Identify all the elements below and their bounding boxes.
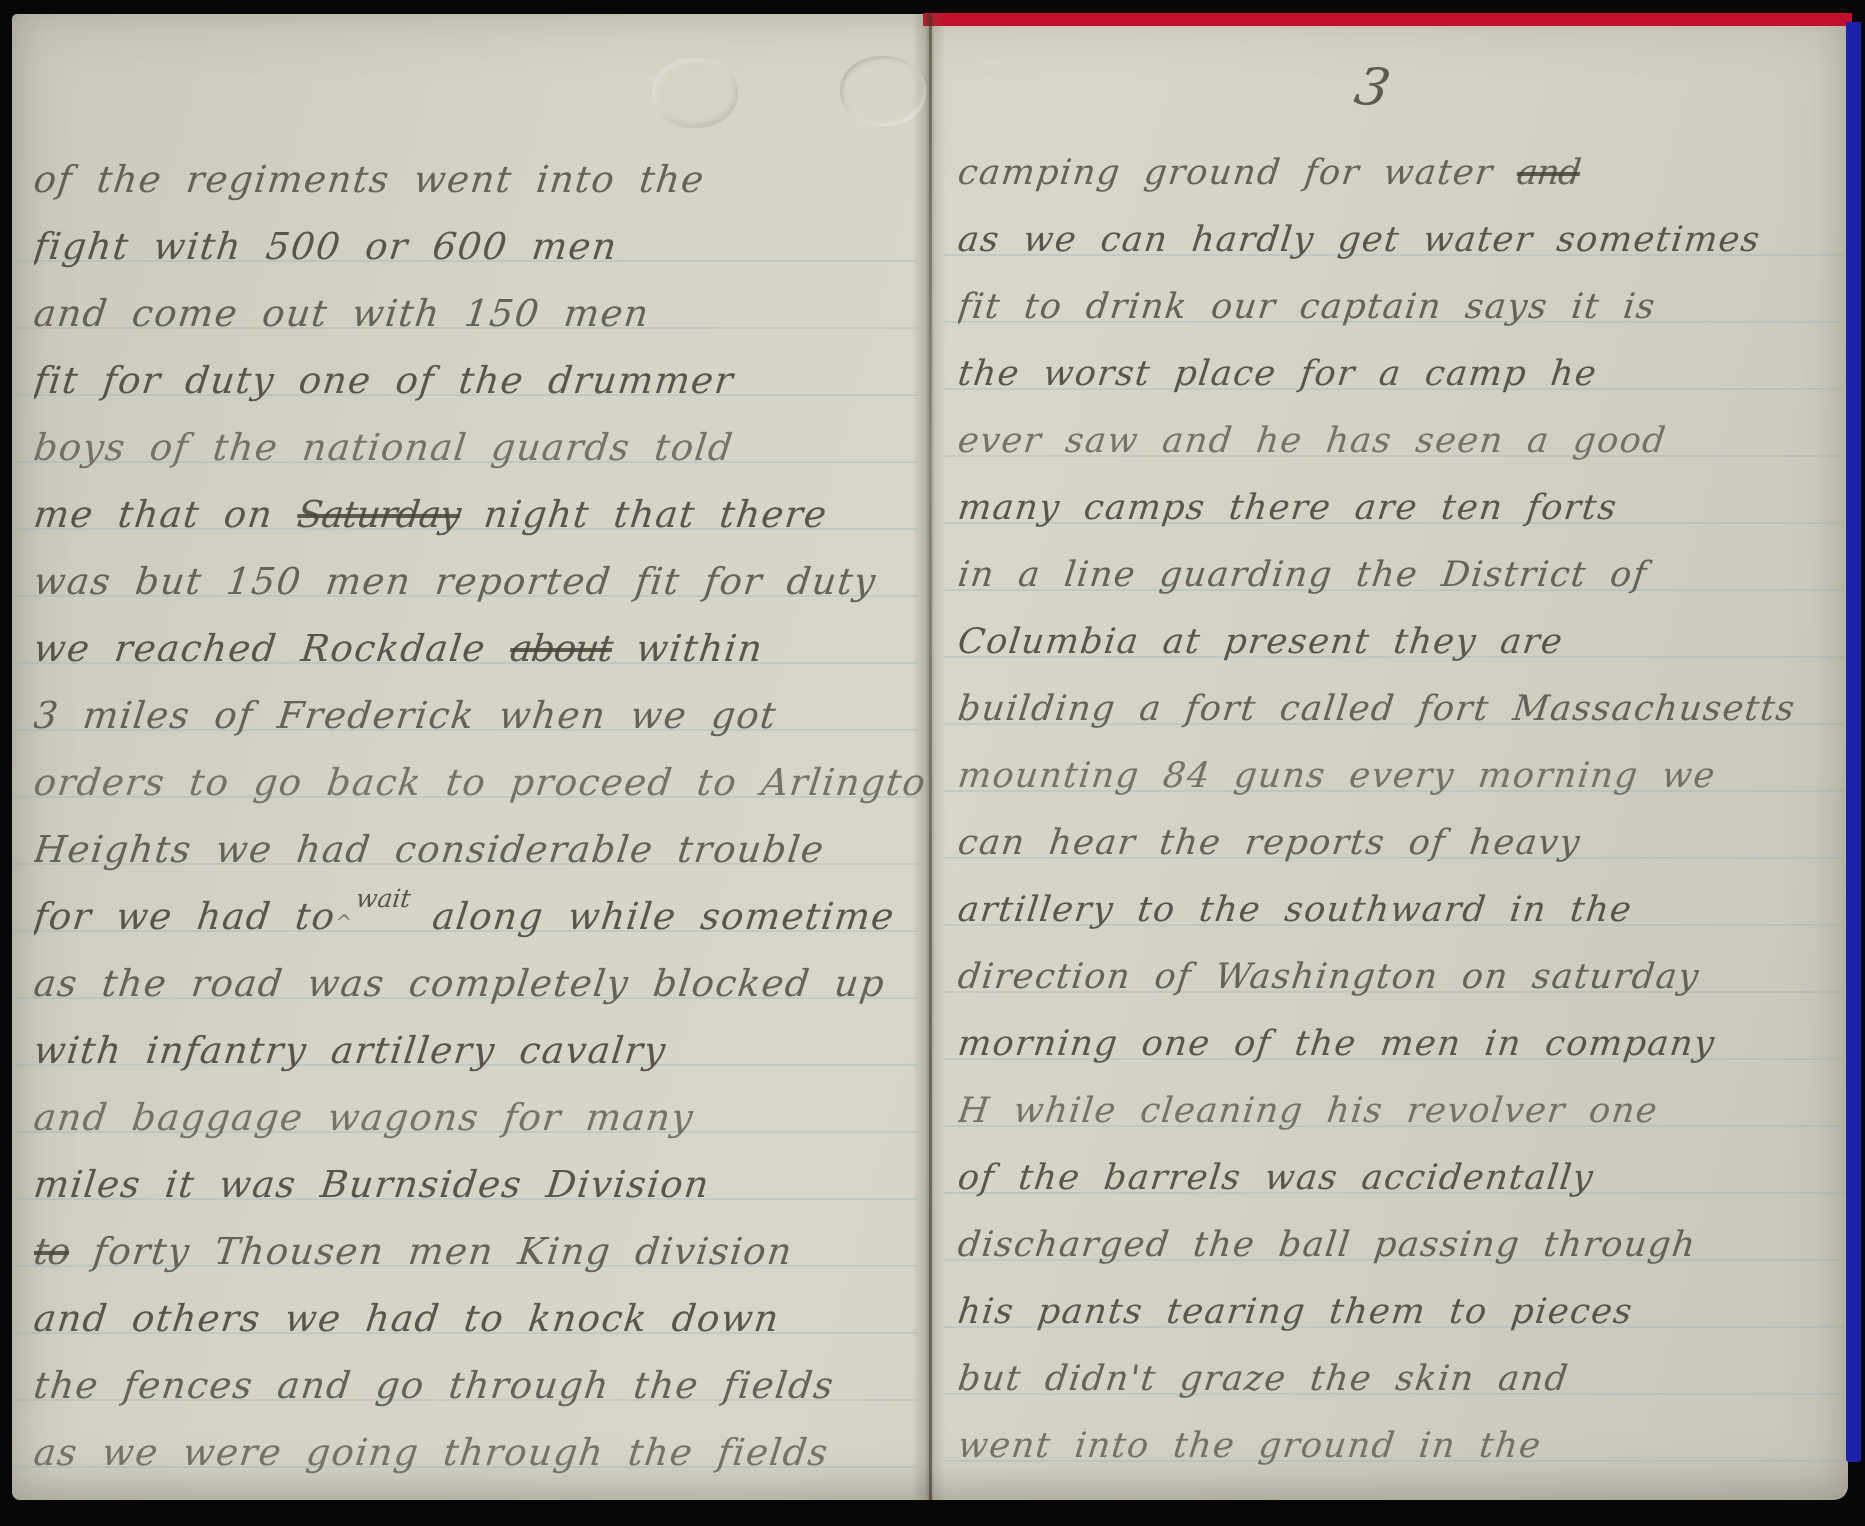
handwritten-text: Columbia at present they are — [958, 622, 1566, 662]
handwritten-line: fight with 500 or 600 men — [34, 213, 926, 280]
handwritten-text: the fences and go through the fields — [34, 1364, 837, 1407]
struck-word: Saturday — [295, 493, 463, 536]
handwritten-text: direction of Washington on saturday — [958, 957, 1702, 997]
handwritten-text: orders to go back to proceed to Arlingto… — [34, 761, 926, 804]
handwritten-text: morning one of the men in company — [958, 1024, 1718, 1064]
page-fold-crease — [929, 14, 932, 1500]
handwritten-line: Heights we had considerable trouble — [34, 816, 926, 883]
handwritten-text: boys of the national guards told — [34, 426, 736, 469]
handwritten-line: as we were going through the fields — [34, 1419, 926, 1486]
handwritten-text: me that on — [34, 493, 300, 536]
handwritten-text: can hear the reports of heavy — [958, 823, 1583, 863]
handwritten-line: with infantry artillery cavalry — [34, 1017, 926, 1084]
handwritten-line: the worst place for a camp he — [958, 341, 1854, 408]
embossed-seal-icon — [652, 58, 738, 128]
inserted-word: wait — [352, 865, 415, 932]
handwritten-text: of the barrels was accidentally — [958, 1158, 1596, 1198]
handwritten-line: in a line guarding the District of — [958, 542, 1854, 609]
handwritten-line: direction of Washington on saturday — [958, 944, 1854, 1011]
handwritten-line: fit for duty one of the drummer — [34, 347, 926, 414]
handwritten-line: camping ground for water and — [958, 140, 1854, 207]
handwritten-text: camping ground for water — [958, 153, 1520, 193]
right-page-text: camping ground for water andas we can ha… — [958, 140, 1854, 1496]
handwritten-text: for we had to — [34, 895, 338, 938]
handwritten-text: the worst place for a camp he — [958, 354, 1600, 394]
handwritten-line: his pants tearing them to pieces — [958, 1279, 1854, 1346]
handwritten-line: mounting 84 guns every morning we — [958, 743, 1854, 810]
handwritten-line: and others we had to knock down — [34, 1285, 926, 1352]
handwritten-text: as we can hardly get water sometimes — [958, 220, 1763, 260]
red-top-edge — [923, 13, 1852, 26]
handwritten-text: forty Thousen men King division — [67, 1230, 796, 1273]
handwritten-text: many camps there are ten forts — [958, 488, 1620, 528]
handwritten-text: went into the ground in the — [958, 1426, 1544, 1466]
handwritten-line: as the road was completely blocked up — [34, 950, 926, 1017]
handwritten-text: night that there — [457, 493, 830, 536]
handwritten-text: and come out with 150 men — [34, 292, 652, 335]
handwritten-line: went into the ground in the — [958, 1413, 1854, 1480]
handwritten-line: artillery to the southward in the — [958, 877, 1854, 944]
handwritten-text: Heights we had considerable trouble — [34, 828, 827, 871]
handwritten-text: building a fort called fort Massachusett… — [958, 689, 1798, 729]
handwritten-text: mounting 84 guns every morning we — [958, 756, 1718, 796]
handwritten-line: me that on Saturday night that there — [34, 481, 926, 548]
handwritten-text: along while sometime — [406, 895, 898, 938]
handwritten-text: and others we had to knock down — [34, 1297, 782, 1340]
handwritten-text: discharged the ball passing through — [958, 1225, 1699, 1265]
handwritten-line: 3 miles of Frederick when we got — [34, 682, 926, 749]
handwritten-text: and baggage wagons for many — [34, 1096, 697, 1139]
handwritten-line: morning one of the men in company — [958, 1011, 1854, 1078]
handwritten-text: 3 miles of Frederick when we got — [34, 694, 779, 737]
handwritten-line: as we can hardly get water sometimes — [958, 207, 1854, 274]
handwritten-text: but didn't graze the skin and — [958, 1359, 1571, 1399]
handwritten-text: as the road was completely blocked up — [34, 962, 888, 1005]
handwritten-line: the fences and go through the fields — [34, 1352, 926, 1419]
handwritten-text: with infantry artillery cavalry — [34, 1029, 669, 1072]
handwritten-line: of the barrels was accidentally — [958, 1145, 1854, 1212]
handwritten-text: fit to drink our captain says it is — [958, 287, 1658, 327]
handwritten-line: H while cleaning his revolver one — [958, 1078, 1854, 1145]
handwritten-text: in a line guarding the District of — [958, 555, 1650, 595]
handwritten-line: can hear the reports of heavy — [958, 810, 1854, 877]
handwritten-line: but didn't graze the skin and — [958, 1346, 1854, 1413]
scanned-letter: 3 of the regiments went into thefight wi… — [0, 0, 1865, 1526]
handwritten-line: to forty Thousen men King division — [34, 1218, 926, 1285]
left-page-text: of the regiments went into thefight with… — [34, 146, 926, 1496]
handwritten-line: and come out with 150 men — [34, 280, 926, 347]
handwritten-text: artillery to the southward in the — [958, 890, 1635, 930]
handwritten-line: boys of the national guards told — [34, 414, 926, 481]
handwritten-text: fight with 500 or 600 men — [34, 225, 620, 268]
handwritten-line: building a fort called fort Massachusett… — [958, 676, 1854, 743]
handwritten-text: we reached Rockdale — [34, 627, 513, 670]
handwritten-text: his pants tearing them to pieces — [958, 1292, 1635, 1332]
handwritten-line: for we had to^wait along while sometime — [34, 883, 926, 950]
handwritten-line: discharged the ball passing through — [958, 1212, 1854, 1279]
handwritten-line: of the regiments went into the — [34, 146, 926, 213]
handwritten-line: ever saw and he has seen a good — [958, 408, 1854, 475]
struck-word: about — [508, 627, 615, 670]
handwritten-line: many camps there are ten forts — [958, 475, 1854, 542]
handwritten-text: was but 150 men reported fit for duty — [34, 560, 879, 603]
handwritten-line: Columbia at present they are — [958, 609, 1854, 676]
handwritten-line: miles it was Burnsides Division — [34, 1151, 926, 1218]
handwritten-line: orders to go back to proceed to Arlingto… — [34, 749, 926, 816]
handwritten-text: as we were going through the fields — [34, 1431, 831, 1474]
handwritten-text: miles it was Burnsides Division — [34, 1163, 712, 1206]
handwritten-text: H while cleaning his revolver one — [958, 1091, 1661, 1131]
handwritten-text: within — [609, 627, 765, 670]
handwritten-text: fit for duty one of the drummer — [34, 359, 737, 402]
handwritten-line: was but 150 men reported fit for duty — [34, 548, 926, 615]
handwritten-line: and baggage wagons for many — [34, 1084, 926, 1151]
handwritten-line: fit to drink our captain says it is — [958, 274, 1854, 341]
handwritten-text: ever saw and he has seen a good — [958, 421, 1669, 461]
handwritten-line: we reached Rockdale about within — [34, 615, 926, 682]
struck-word: and — [1515, 153, 1583, 193]
handwritten-text: of the regiments went into the — [34, 158, 707, 201]
embossed-seal-icon — [840, 56, 926, 126]
